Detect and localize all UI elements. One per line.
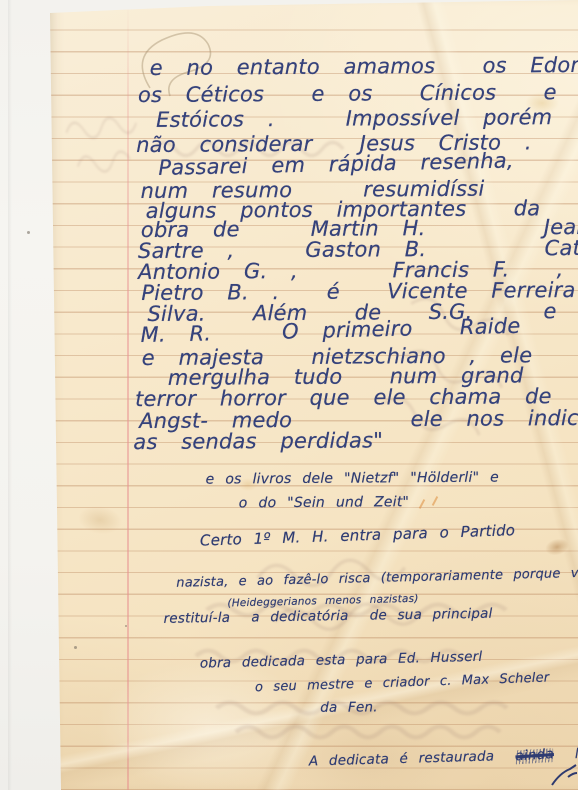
handwritten-line: nazista, e ao fazê-lo risca (temporariam… bbox=[176, 567, 578, 590]
handwritten-line: Estóicos . Impossível porém bbox=[156, 107, 552, 131]
handwritten-line: os Céticos e os Cínicos e os bbox=[138, 82, 578, 106]
closing-line: A dedicata é restaurada ainda logo após bbox=[245, 732, 578, 784]
handwritten-line: da Fen. bbox=[320, 701, 378, 715]
handwritten-line: o seu mestre e criador c. Max Scheler bbox=[255, 671, 550, 694]
struck-word: ainda bbox=[515, 748, 554, 764]
handwritten-line: e no entanto amamos os Edonis bbox=[150, 55, 578, 79]
handwritten-line: Passarei em rápida resenha, bbox=[158, 150, 514, 178]
scanned-page: e no entanto amamos os Edonis os Céticos… bbox=[0, 0, 578, 790]
handwriting-layer: e no entanto amamos os Edonis os Céticos… bbox=[0, 0, 578, 790]
handwritten-line: restituí-la a dedicatória de sua princip… bbox=[163, 608, 492, 627]
handwritten-line: as sendas perdidas" bbox=[133, 430, 383, 453]
handwritten-line: o do "Sein und Zeit" bbox=[239, 495, 409, 510]
handwritten-line: obra dedicada esta para Ed. Husserl bbox=[200, 651, 483, 671]
closing-line-text: logo após bbox=[554, 744, 578, 763]
closing-line-text: A dedicata é restaurada bbox=[309, 747, 516, 769]
handwritten-line: Certo 1º M. H. entra para o Partido bbox=[200, 523, 516, 548]
handwritten-line: e os livros dele "Nietzf" "Hölderli" e bbox=[206, 471, 499, 487]
